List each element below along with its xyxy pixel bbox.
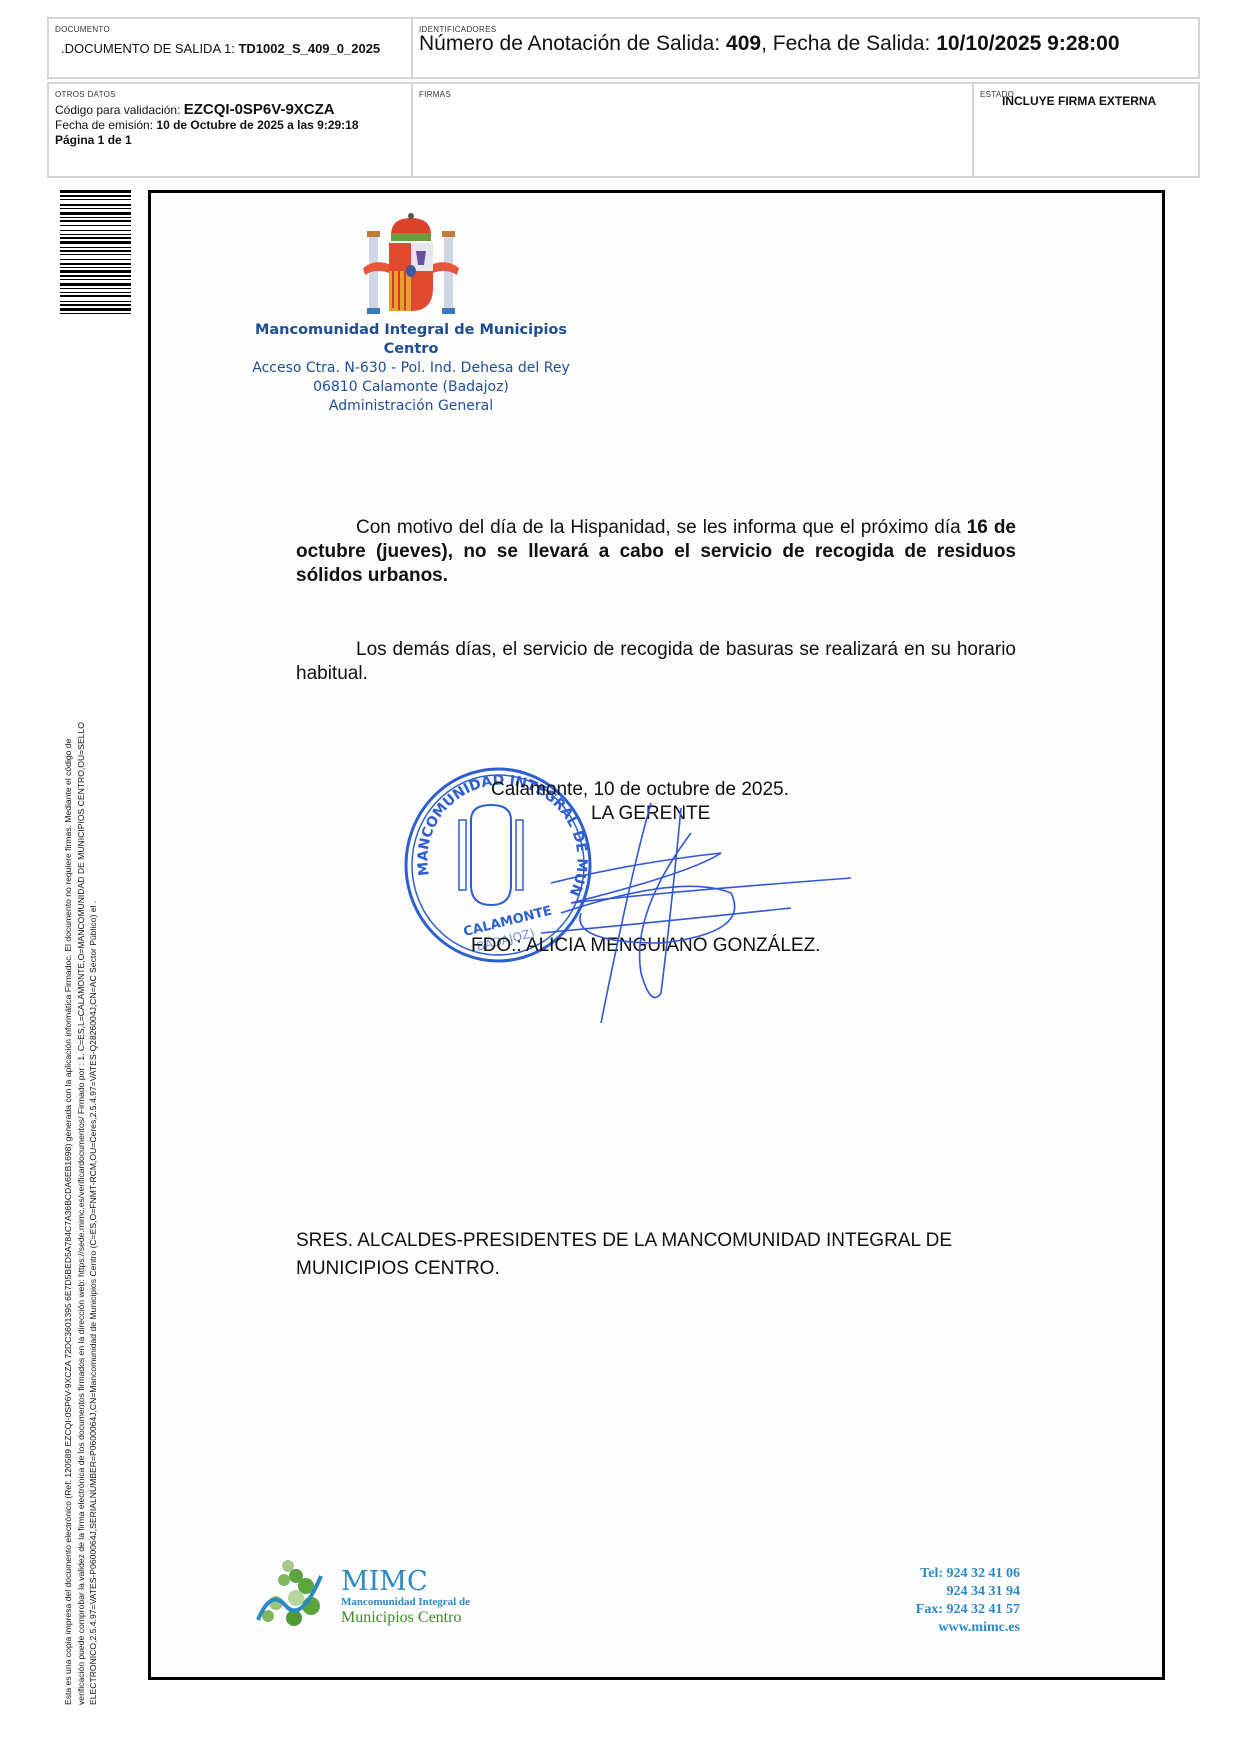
letterhead-org: Mancomunidad Integral de Municipios Cent… <box>246 321 576 359</box>
body-paragraph-1: Con motivo del día de la Hispanidad, se … <box>296 516 1016 588</box>
spain-coat-of-arms-icon <box>361 213 461 318</box>
phone-2: 924 34 31 94 <box>916 1583 1020 1601</box>
barcode <box>60 190 131 485</box>
mimc-brand: MIMC Mancomunidad Integral de Municipios… <box>341 1568 470 1627</box>
page-count: Página 1 de 1 <box>55 133 359 148</box>
website: www.mimc.es <box>916 1619 1020 1637</box>
otros-datos-cell: OTROS DATOS Código para validación: EZCQ… <box>47 82 413 178</box>
emission-date-line: Fecha de emisión: 10 de Octubre de 2025 … <box>55 118 359 133</box>
contact-info: Tel: 924 32 41 06 924 34 31 94 Fax: 924 … <box>916 1565 1020 1637</box>
fax: Fax: 924 32 41 57 <box>916 1601 1020 1619</box>
letterhead-dept: Administración General <box>246 397 576 416</box>
verification-side-text: Esta es una copia impresa del documento … <box>62 495 100 1705</box>
estado-cell: ESTADO INCLUYE FIRMA EXTERNA <box>972 82 1200 178</box>
mimc-brand-name: MIMC <box>341 1568 470 1596</box>
mimc-logo-icon <box>256 1558 336 1633</box>
firmas-caption: FIRMAS <box>419 90 451 99</box>
document-page: Mancomunidad Integral de Municipios Cent… <box>148 190 1165 1680</box>
letterhead-address: Acceso Ctra. N-630 - Pol. Ind. Dehesa de… <box>246 359 576 378</box>
handwritten-signature-icon <box>531 793 861 1033</box>
numero-anotacion: 409 <box>726 32 761 55</box>
firmas-cell: FIRMAS <box>411 82 974 178</box>
otros-datos-caption: OTROS DATOS <box>55 90 116 99</box>
letterhead: Mancomunidad Integral de Municipios Cent… <box>246 321 576 416</box>
body-paragraph-2: Los demás días, el servicio de recogida … <box>296 638 1016 686</box>
fecha-salida: 10/10/2025 9:28:00 <box>936 32 1119 55</box>
document-header-table: DOCUMENTO .DOCUMENTO DE SALIDA 1: TD1002… <box>47 17 1200 178</box>
estado-value: INCLUYE FIRMA EXTERNA <box>1002 94 1156 108</box>
letterhead-city: 06810 Calamonte (Badajoz) <box>246 378 576 397</box>
documento-cell: DOCUMENTO .DOCUMENTO DE SALIDA 1: TD1002… <box>47 17 413 79</box>
identificadores-value: Número de Anotación de Salida: 409, Fech… <box>419 31 1179 56</box>
recipients: SRES. ALCALDES-PRESIDENTES DE LA MANCOMU… <box>296 1227 1056 1283</box>
documento-caption: DOCUMENTO <box>55 25 110 34</box>
documento-code: TD1002_S_409_0_2025 <box>238 41 380 56</box>
documento-value: .DOCUMENTO DE SALIDA 1: TD1002_S_409_0_2… <box>61 41 380 56</box>
validation-code: EZCQI-0SP6V-9XCZA <box>184 101 335 118</box>
phone-1: Tel: 924 32 41 06 <box>916 1565 1020 1583</box>
identificadores-cell: IDENTIFICADORES Número de Anotación de S… <box>411 17 1200 79</box>
validation-code-line: Código para validación: EZCQI-0SP6V-9XCZ… <box>55 102 359 118</box>
